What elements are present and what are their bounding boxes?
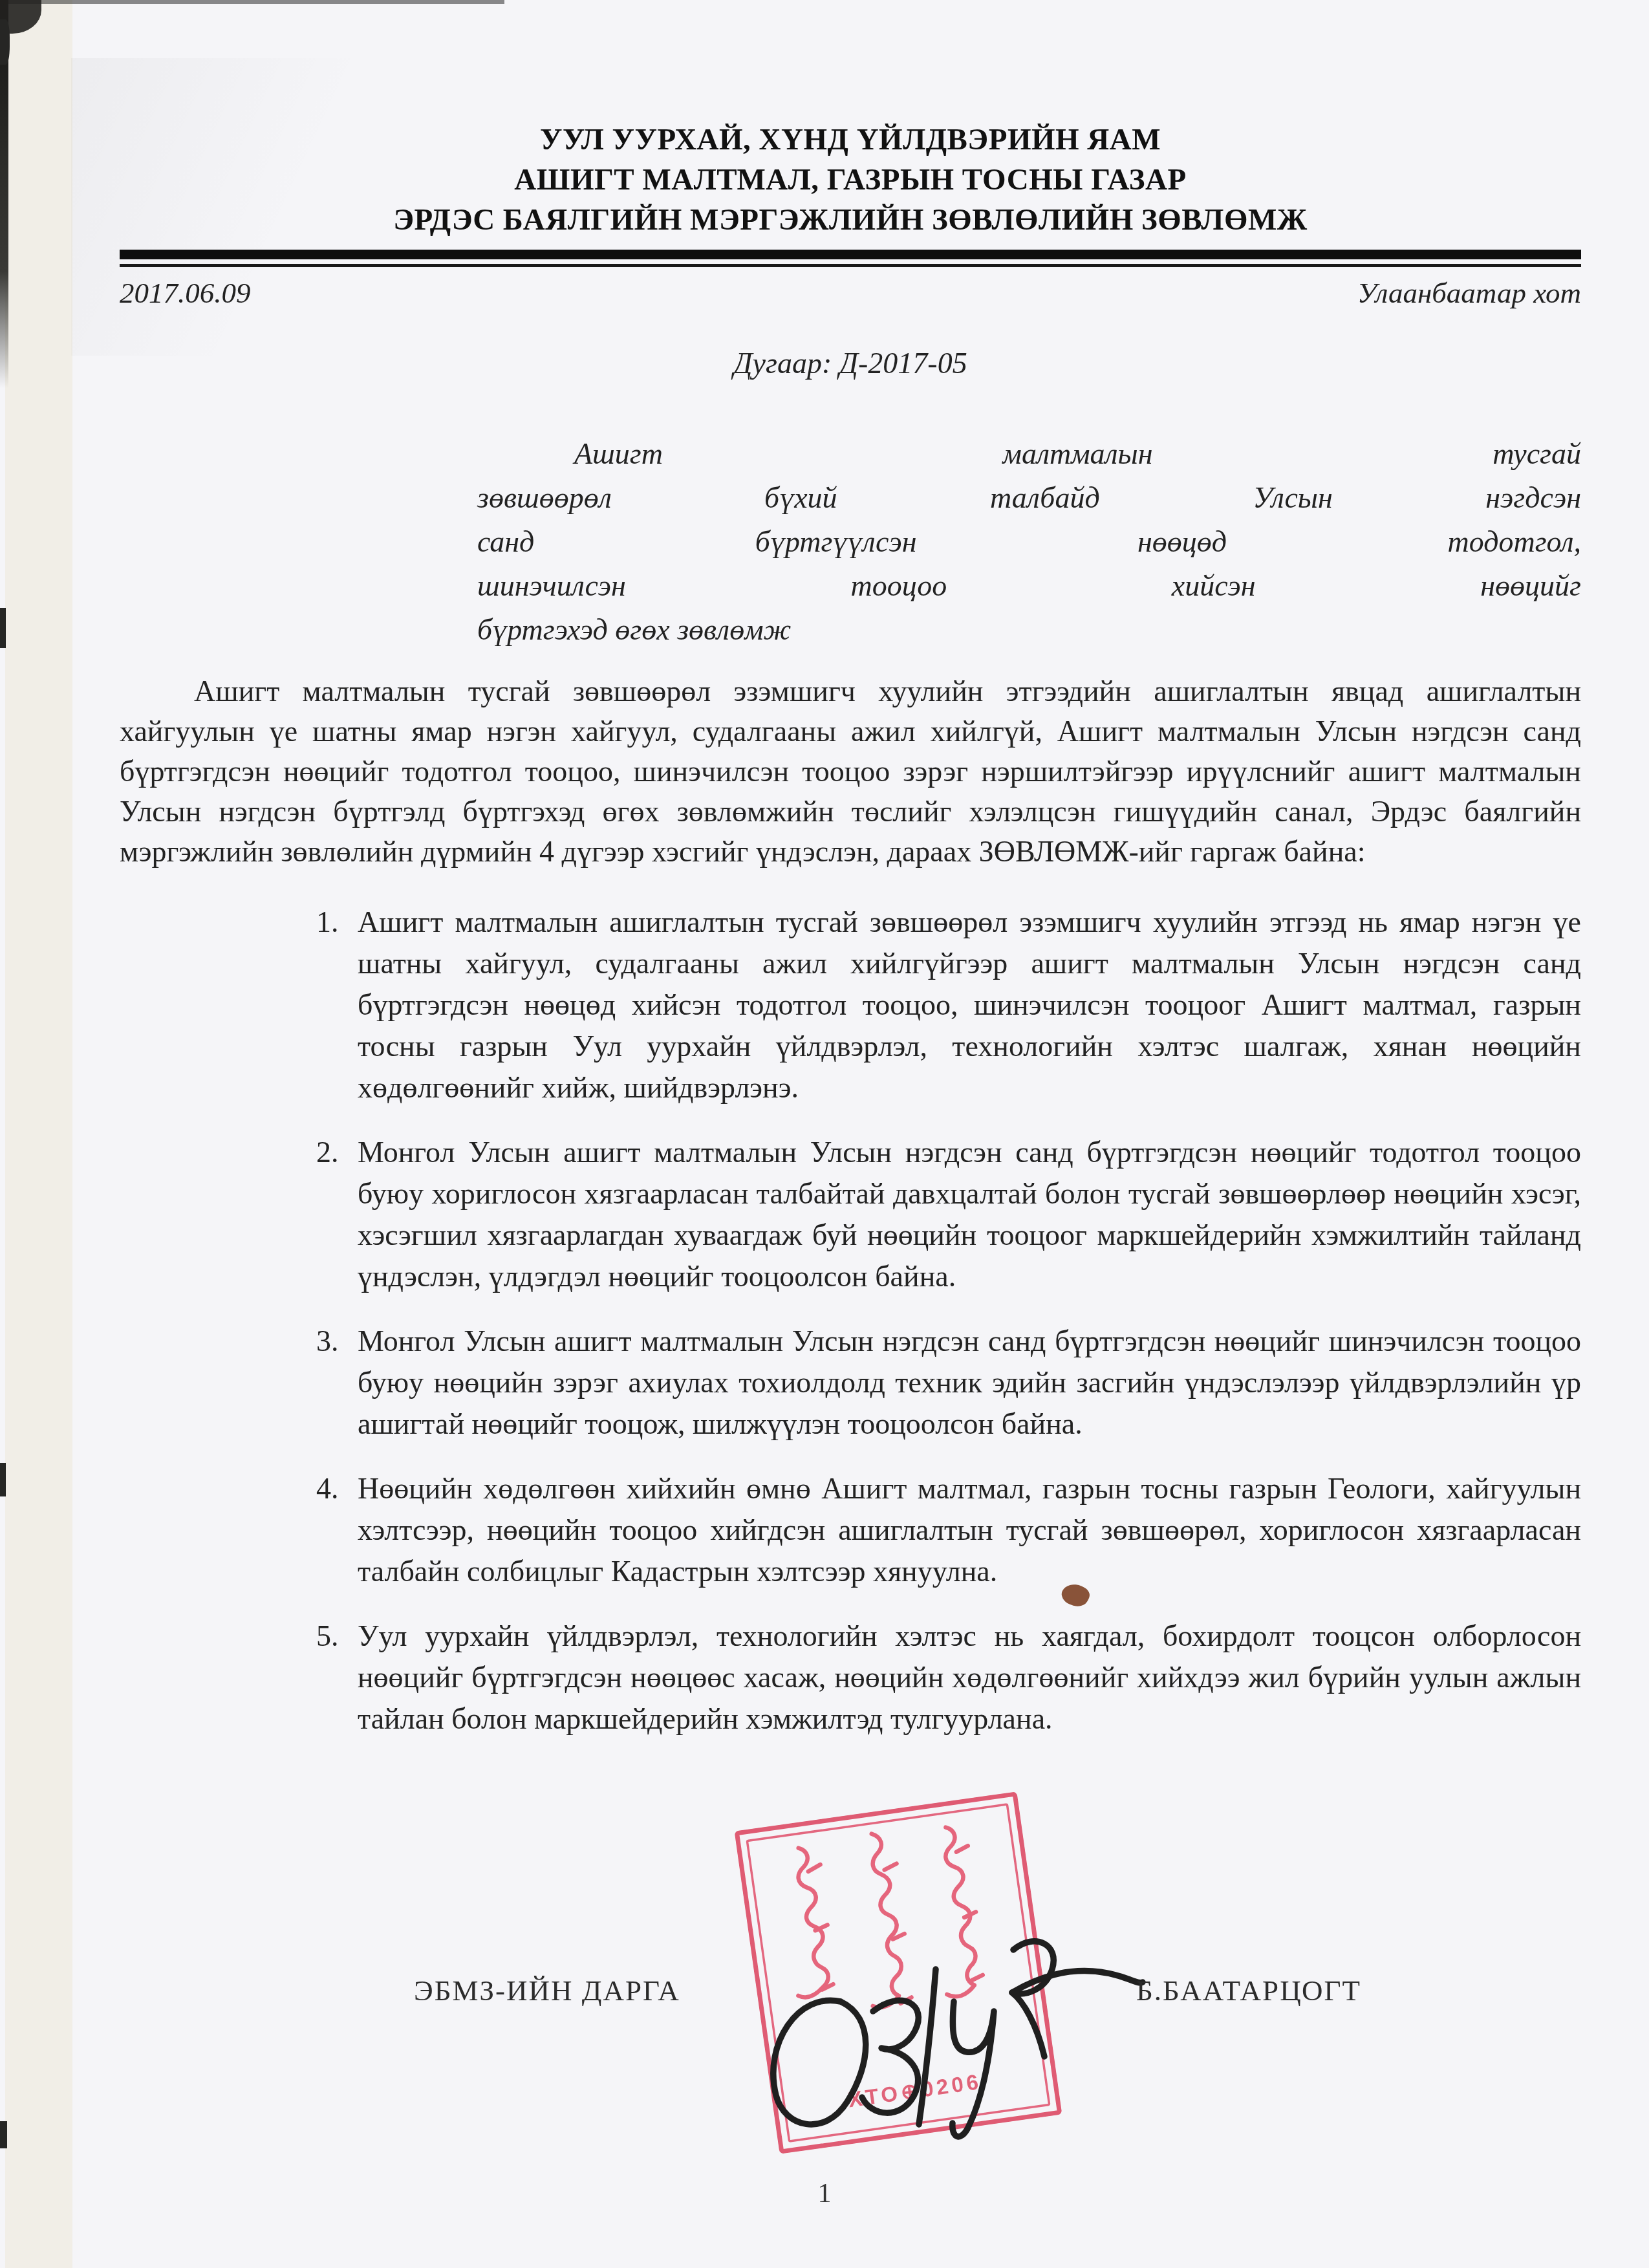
list-item-text: Ашигт малтмалын ашиглалтын тусгай зөвшөө…: [358, 905, 1581, 1104]
list-item-number: 1.: [316, 902, 339, 943]
intro-paragraph: Ашигт малтмалын тусгай зөвшөөрөл эзэмшиг…: [120, 671, 1581, 872]
scan-edge-paper-strip: [5, 0, 72, 2268]
scan-edge-mark: [0, 1463, 6, 1496]
list-item-text: Уул уурхайн үйлдвэрлэл, технологийн хэлт…: [358, 1619, 1581, 1735]
header-rule-thin: [120, 264, 1581, 267]
subject-line: зөвшөөрөл бүхий талбайд Улсын нэгдсэн: [477, 476, 1581, 520]
list-item-number: 4.: [316, 1468, 339, 1509]
subject-line: бүртгэхэд өгөх зөвлөмж: [477, 608, 1581, 652]
list-item: 2. Монгол Улсын ашигт малтмалын Улсын нэ…: [358, 1132, 1581, 1297]
list-item: 4. Нөөцийн хөдөлгөөн хийхийн өмнө Ашигт …: [358, 1468, 1581, 1592]
org-title-line1: УУЛ УУРХАЙ, ХҮНД ҮЙЛДВЭРИЙН ЯАМ: [120, 120, 1581, 160]
scan-edge-mark: [0, 19, 10, 65]
signature-scribble: [708, 1905, 1238, 2215]
list-item-text: Нөөцийн хөдөлгөөн хийхийн өмнө Ашигт мал…: [358, 1472, 1581, 1588]
scan-edge-mark: [0, 2121, 7, 2148]
signer-name: Б.БААТАРЦОГТ: [1136, 1974, 1361, 2007]
subject-line: шинэчилсэн тооцоо хийсэн нөөцийг: [477, 564, 1581, 608]
date-row: 2017.06.09 Улаанбаатар хот: [120, 276, 1581, 310]
document-number: Дугаар: Д-2017-05: [120, 346, 1581, 380]
subject-line: Ашигт малтмалын тусгай: [477, 432, 1581, 476]
list-item: 1. Ашигт малтмалын ашиглалтын тусгай зөв…: [358, 902, 1581, 1108]
subject-line: санд бүртгүүлсэн нөөцөд тодотгол,: [477, 520, 1581, 564]
list-item-number: 5.: [316, 1615, 339, 1657]
scan-edge-mark: [0, 608, 6, 648]
list-item-number: 3.: [316, 1321, 339, 1362]
document-city: Улаанбаатар хот: [1357, 276, 1581, 310]
org-title-line3: ЭРДЭС БАЯЛГИЙН МЭРГЭЖЛИЙН ЗӨВЛӨЛИЙН ЗӨВЛ…: [120, 200, 1581, 240]
document-date: 2017.06.09: [120, 276, 251, 310]
scanned-document-page: { "document": { "header": { "line1": "УУ…: [0, 0, 1649, 2268]
header-rule-thick: [120, 250, 1581, 259]
document-body: УУЛ УУРХАЙ, ХҮНД ҮЙЛДВЭРИЙН ЯАМ АШИГТ МА…: [120, 0, 1581, 1763]
list-item-text: Монгол Улсын ашигт малтмалын Улсын нэгдс…: [358, 1136, 1581, 1293]
list-item-text: Монгол Улсын ашигт малтмалын Улсын нэгдс…: [358, 1324, 1581, 1440]
list-item: 5. Уул уурхайн үйлдвэрлэл, технологийн х…: [358, 1615, 1581, 1740]
recommendation-list: 1. Ашигт малтмалын ашиглалтын тусгай зөв…: [120, 902, 1581, 1740]
list-item-number: 2.: [316, 1132, 339, 1173]
signer-title: ЭБМЗ-ИЙН ДАРГА: [414, 1974, 680, 2007]
subject-block: Ашигт малтмалын тусгай зөвшөөрөл бүхий т…: [477, 432, 1581, 652]
list-item: 3. Монгол Улсын ашигт малтмалын Улсын нэ…: [358, 1321, 1581, 1445]
org-title-line2: АШИГТ МАЛТМАЛ, ГАЗРЫН ТОСНЫ ГАЗАР: [120, 160, 1581, 200]
page-number: 1: [0, 2178, 1649, 2209]
